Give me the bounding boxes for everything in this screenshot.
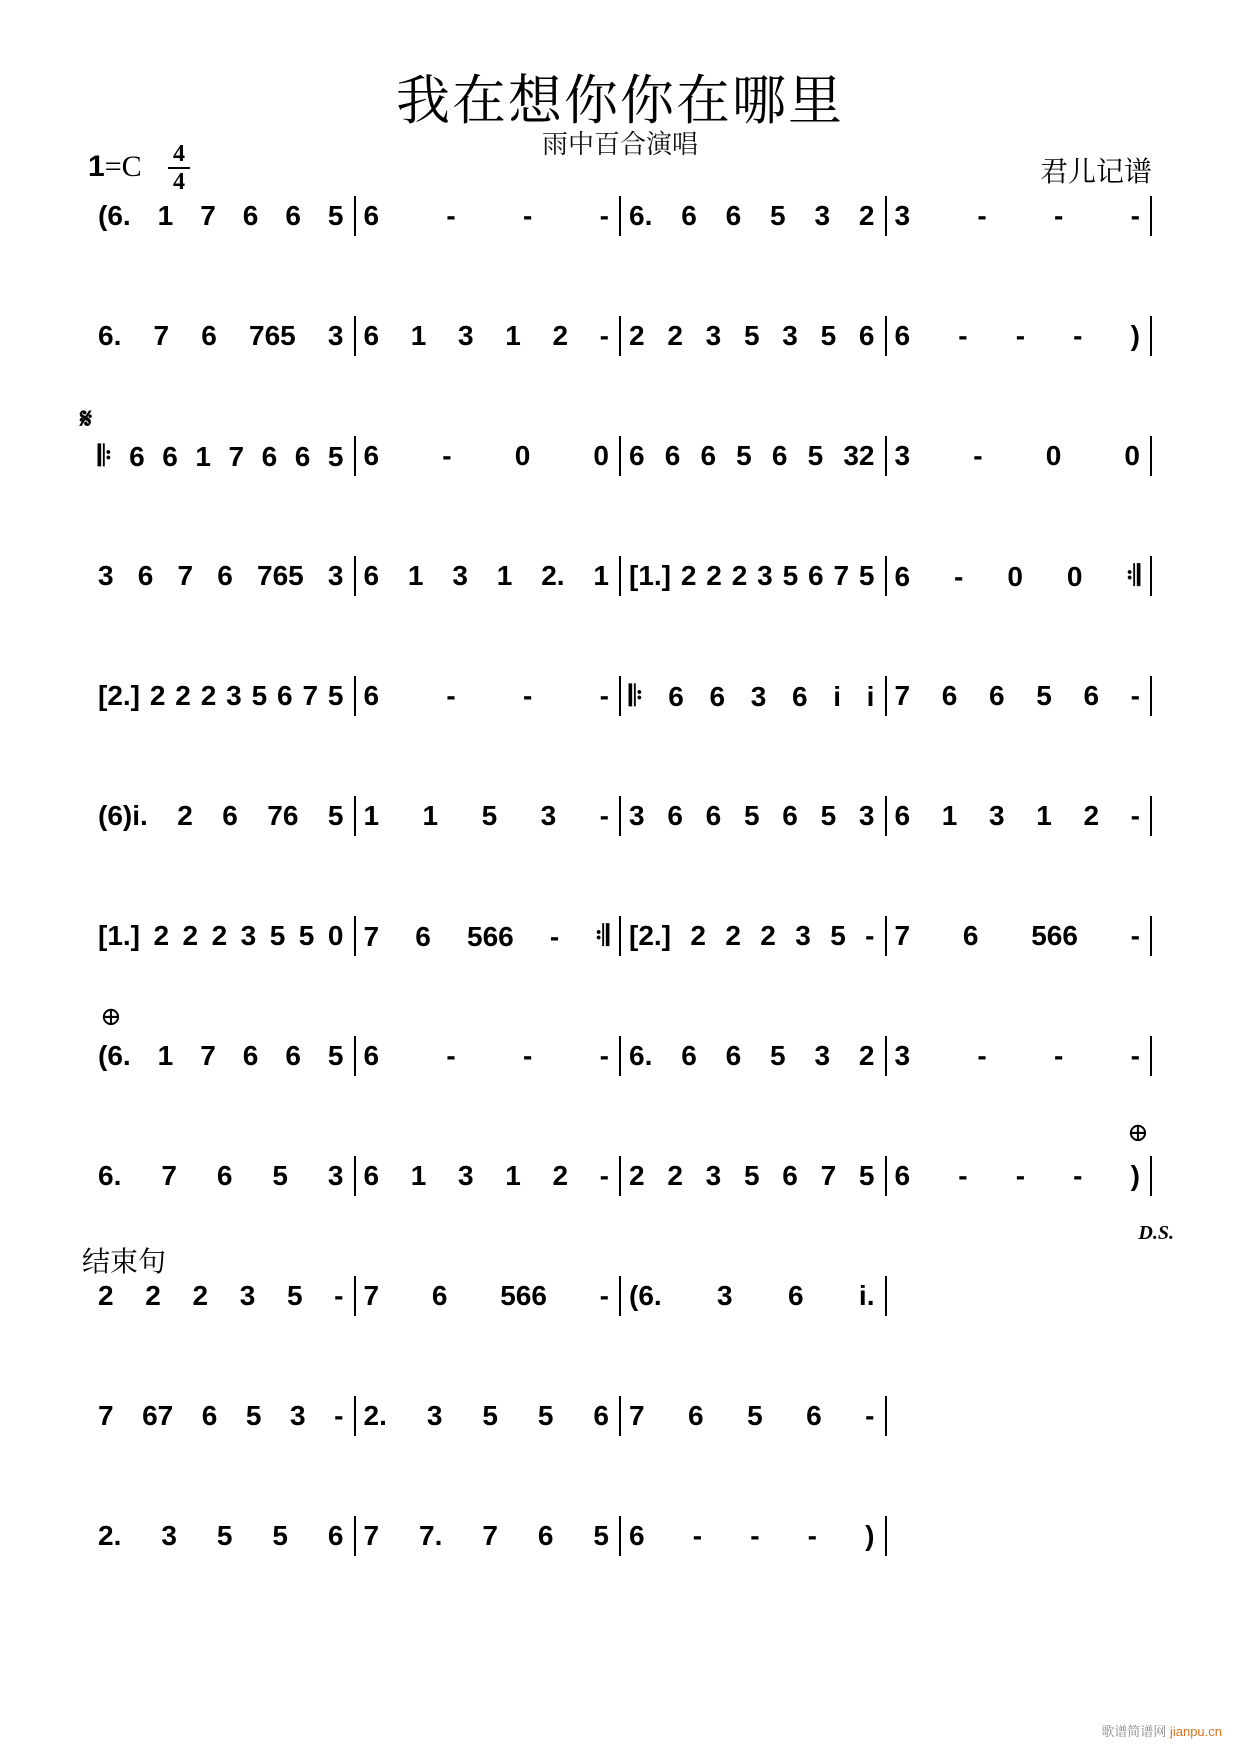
note: 5 <box>1036 680 1052 712</box>
measure: 76656- <box>895 680 1141 712</box>
note: 5 <box>272 1520 288 1552</box>
note: 6 <box>629 1520 645 1552</box>
note: 6 <box>806 1400 822 1432</box>
bar-line <box>354 916 356 956</box>
note: 7 <box>364 1520 380 1552</box>
measure: 6.767653 <box>98 320 344 352</box>
note: 5 <box>783 560 799 592</box>
note: 6 <box>138 560 154 592</box>
bar-line <box>619 196 621 236</box>
note: - <box>523 1040 532 1072</box>
note: 1 <box>195 441 211 473</box>
note: 3 <box>98 560 114 592</box>
score-line: (6.176656---6.665323--- <box>0 192 1240 252</box>
note: - <box>954 561 963 593</box>
measure: [2.]22235- <box>629 920 875 952</box>
note: - <box>865 1400 874 1432</box>
note: - <box>865 920 874 952</box>
measure: [1.]2223550 <box>98 920 344 952</box>
note: 6 <box>285 200 301 232</box>
note: 6 <box>688 1400 704 1432</box>
note: - <box>1054 1040 1063 1072</box>
note: 6 <box>202 1400 218 1432</box>
note: 5 <box>328 680 344 712</box>
note: 2 <box>859 200 875 232</box>
note: 6. <box>629 200 652 232</box>
note: 6 <box>895 1160 911 1192</box>
bar-line <box>885 796 887 836</box>
note: 6 <box>808 560 824 592</box>
note: - <box>446 1040 455 1072</box>
note: 5 <box>217 1520 233 1552</box>
note: 3 <box>989 800 1005 832</box>
note: 3 <box>328 320 344 352</box>
measure: [1.]22235675 <box>629 560 875 592</box>
note: 6 <box>989 680 1005 712</box>
measure: 6.7653 <box>98 1160 344 1192</box>
note: 6. <box>98 320 121 352</box>
note: - <box>808 1520 817 1552</box>
measure: [2.]22235675 <box>98 680 344 712</box>
note: - <box>600 320 609 352</box>
bar-line <box>354 676 356 716</box>
note: [1.] <box>98 920 140 952</box>
note: 3 <box>757 560 773 592</box>
note: - <box>600 1040 609 1072</box>
note: 3 <box>895 440 911 472</box>
note: 3 <box>290 1400 306 1432</box>
note: (6. <box>629 1280 662 1312</box>
note: 0 <box>1046 440 1062 472</box>
note: 7 <box>833 560 849 592</box>
bar-line <box>885 556 887 596</box>
bar-line <box>619 316 621 356</box>
bar-line <box>885 436 887 476</box>
bar-line <box>619 916 621 956</box>
note: 6. <box>629 1040 652 1072</box>
bar-line <box>885 676 887 716</box>
note: 6 <box>201 320 217 352</box>
bar-line <box>354 1156 356 1196</box>
note: 2 <box>212 920 228 952</box>
score-line: 6.76765361312-22353566---) <box>0 312 1240 372</box>
bar-line <box>1150 916 1152 956</box>
note: 3 <box>895 1040 911 1072</box>
coda-icon-end: ⊕ <box>1127 1118 1149 1148</box>
note: 2 <box>552 320 568 352</box>
note: 765 <box>257 560 304 592</box>
note: 1 <box>158 200 174 232</box>
measure: 3665653 <box>629 800 875 832</box>
note: 6 <box>162 441 178 473</box>
note: 6 <box>706 800 722 832</box>
note: 1 <box>505 320 521 352</box>
note: 5 <box>328 441 344 473</box>
note: 76 <box>267 800 298 832</box>
note: 2. <box>541 560 564 592</box>
note: 5 <box>859 1160 875 1192</box>
note: 7 <box>200 1040 216 1072</box>
watermark-site: jianpu.cn <box>1170 1724 1222 1739</box>
key-tonic: 1 <box>88 150 105 183</box>
note: 6 <box>1083 680 1099 712</box>
note: ) <box>865 1520 874 1552</box>
note: 2 <box>1083 800 1099 832</box>
note: 6 <box>364 320 380 352</box>
note: 7 <box>154 320 170 352</box>
note: 7 <box>895 920 911 952</box>
note: 6 <box>942 680 958 712</box>
watermark-text: 歌谱简谱网 <box>1101 1724 1166 1739</box>
note: - <box>693 1520 702 1552</box>
note: 1 <box>497 560 513 592</box>
note: 2 <box>629 1160 645 1192</box>
note: 566 <box>467 921 514 953</box>
measure: 3-00 <box>895 440 1141 472</box>
score-line: 6.765361312-22356756---) <box>0 1152 1240 1212</box>
note: 6 <box>895 320 911 352</box>
note: 7 <box>364 1280 380 1312</box>
time-sig-top: 4 <box>168 142 190 166</box>
note: 𝄆 <box>98 440 112 473</box>
bar-line <box>354 316 356 356</box>
note: 6 <box>217 560 233 592</box>
note: 2 <box>192 1280 208 1312</box>
note: 6 <box>668 681 684 713</box>
note: 2 <box>732 560 748 592</box>
note: 3 <box>458 1160 474 1192</box>
measure: 6--- <box>364 1040 610 1072</box>
bar-line <box>619 1156 621 1196</box>
note: 2. <box>364 1400 387 1432</box>
note: 7 <box>821 1160 837 1192</box>
note: 6 <box>129 441 145 473</box>
note: 566 <box>500 1280 547 1312</box>
note: 3 <box>226 680 242 712</box>
measure: 6---) <box>895 320 1141 352</box>
bar-line <box>619 1396 621 1436</box>
note: 6 <box>895 800 911 832</box>
note: 3 <box>629 800 645 832</box>
bar-line <box>354 1516 356 1556</box>
note: 5 <box>593 1520 609 1552</box>
note: - <box>334 1280 343 1312</box>
measure: 61312- <box>364 320 610 352</box>
note: - <box>600 1160 609 1192</box>
note: 2 <box>177 800 193 832</box>
note: 6 <box>222 800 238 832</box>
bar-line <box>354 196 356 236</box>
note: - <box>446 680 455 712</box>
note: 6 <box>364 1160 380 1192</box>
note: [2.] <box>98 680 140 712</box>
note: 5 <box>830 920 846 952</box>
note: 3 <box>240 1280 256 1312</box>
measure: 7656- <box>629 1400 875 1432</box>
measure: 22235- <box>98 1280 344 1312</box>
note: 3 <box>452 560 468 592</box>
measure: 6---) <box>629 1520 875 1552</box>
key-name: =C <box>105 150 142 183</box>
note: 3 <box>328 1160 344 1192</box>
score-line: [2.]222356756---𝄆6636ii76656- <box>0 672 1240 732</box>
measure: 6-00𝄇 <box>895 560 1141 593</box>
note: 𝄇 <box>595 920 609 953</box>
note: 5 <box>482 800 498 832</box>
note: 5 <box>287 1280 303 1312</box>
note: 2 <box>98 1280 114 1312</box>
note: - <box>1131 680 1140 712</box>
note: 5 <box>770 1040 786 1072</box>
note: 7 <box>895 680 911 712</box>
note: 3 <box>328 560 344 592</box>
note: 5 <box>744 1160 760 1192</box>
bar-line <box>619 1516 621 1556</box>
watermark: 歌谱简谱网 jianpu.cn <box>1101 1721 1222 1740</box>
note: 5 <box>328 200 344 232</box>
bar-line <box>354 556 356 596</box>
note: 5 <box>272 1160 288 1192</box>
measure: 1153- <box>364 800 610 832</box>
note: 2 <box>859 1040 875 1072</box>
note: 6 <box>895 561 911 593</box>
note: 2 <box>153 920 169 952</box>
note: 5 <box>482 1400 498 1432</box>
note: - <box>523 200 532 232</box>
note: 5 <box>747 1400 763 1432</box>
note: ) <box>1131 320 1140 352</box>
note: 3 <box>427 1400 443 1432</box>
bar-line <box>354 796 356 836</box>
note: 6 <box>364 200 380 232</box>
note: 2 <box>150 680 166 712</box>
note: 5 <box>859 560 875 592</box>
note: i <box>867 681 875 713</box>
note: 7 <box>229 441 245 473</box>
note: 5 <box>808 440 824 472</box>
note: 6 <box>667 800 683 832</box>
note: 5 <box>821 800 837 832</box>
note: 3 <box>717 1280 733 1312</box>
note: 3 <box>706 1160 722 1192</box>
note: - <box>973 440 982 472</box>
note: 2 <box>667 320 683 352</box>
note: 6 <box>243 200 259 232</box>
note: 5 <box>538 1400 554 1432</box>
note: 3 <box>706 320 722 352</box>
measure: (6)i.26765 <box>98 800 344 832</box>
note: 1 <box>505 1160 521 1192</box>
note: - <box>977 1040 986 1072</box>
note: - <box>1131 200 1140 232</box>
note: 5 <box>328 1040 344 1072</box>
note: - <box>600 1280 609 1312</box>
bar-line <box>885 1396 887 1436</box>
note: ) <box>1131 1160 1140 1192</box>
bar-line <box>885 1516 887 1556</box>
score-line: 𝄆66176656-00666565323-00 <box>0 432 1240 492</box>
note: 5 <box>328 800 344 832</box>
note: 3 <box>795 920 811 952</box>
bar-line <box>1150 1156 1152 1196</box>
note: 2 <box>667 1160 683 1192</box>
time-signature: 4 4 <box>168 142 190 194</box>
measure: 6--- <box>364 200 610 232</box>
note: 7. <box>419 1520 442 1552</box>
note: (6. <box>98 1040 131 1072</box>
measure: 𝄆6636ii <box>629 680 875 713</box>
measure: 66656532 <box>629 440 875 472</box>
note: 6 <box>593 1400 609 1432</box>
note: - <box>1073 1160 1082 1192</box>
note: i. <box>859 1280 875 1312</box>
bar-line <box>619 1036 621 1076</box>
note: 0 <box>593 440 609 472</box>
note: 6 <box>538 1520 554 1552</box>
measure: 6.66532 <box>629 200 875 232</box>
bar-line <box>619 1276 621 1316</box>
note: 2 <box>725 920 741 952</box>
note: 6 <box>364 1040 380 1072</box>
note: 6 <box>681 1040 697 1072</box>
measure: 6.66532 <box>629 1040 875 1072</box>
bar-line <box>619 556 621 596</box>
note: 6 <box>328 1520 344 1552</box>
note: 6 <box>788 1280 804 1312</box>
note: 1 <box>364 800 380 832</box>
bar-line <box>354 1036 356 1076</box>
score-line: 3676765361312.1[1.]222356756-00𝄇 <box>0 552 1240 612</box>
note: 0 <box>1067 561 1083 593</box>
note: 1 <box>411 1160 427 1192</box>
measure: 36767653 <box>98 560 344 592</box>
measure: 767653- <box>98 1400 344 1432</box>
note: 2 <box>690 920 706 952</box>
note: - <box>977 200 986 232</box>
score-line: 22235-76566-(6.36i. <box>0 1272 1240 1332</box>
note: 0 <box>328 920 344 952</box>
measure: 61312- <box>895 800 1141 832</box>
note: 7 <box>364 921 380 953</box>
note: [1.] <box>629 560 671 592</box>
note: 6 <box>963 920 979 952</box>
note: 6 <box>665 440 681 472</box>
bar-line <box>1150 676 1152 716</box>
note: 1 <box>158 1040 174 1072</box>
note: 566 <box>1031 920 1078 952</box>
note: 1 <box>411 320 427 352</box>
measure: 3--- <box>895 1040 1141 1072</box>
note: 6 <box>726 200 742 232</box>
note: 5 <box>744 320 760 352</box>
note: - <box>334 1400 343 1432</box>
key-signature: 1=C <box>88 150 142 184</box>
note: - <box>523 680 532 712</box>
bar-line <box>885 1156 887 1196</box>
note: 6 <box>364 680 380 712</box>
note: 7 <box>200 200 216 232</box>
note: 0 <box>1124 440 1140 472</box>
note: 5 <box>736 440 752 472</box>
note: - <box>446 200 455 232</box>
score-line: (6)i.267651153-366565361312- <box>0 792 1240 852</box>
note: 6 <box>681 200 697 232</box>
bar-line <box>619 796 621 836</box>
note: 1 <box>942 800 958 832</box>
bar-line <box>354 1396 356 1436</box>
note: 1 <box>593 560 609 592</box>
bar-line <box>885 916 887 956</box>
note: 2 <box>183 920 199 952</box>
coda-icon: ⊕ <box>100 1002 122 1032</box>
bar-line <box>354 1276 356 1316</box>
note: 6 <box>243 1040 259 1072</box>
note: 7 <box>178 560 194 592</box>
note: 6 <box>782 1160 798 1192</box>
note: 6 <box>710 681 726 713</box>
note: 6 <box>792 681 808 713</box>
note: 7 <box>98 1400 114 1432</box>
note: 5 <box>246 1400 262 1432</box>
note: - <box>442 440 451 472</box>
bar-line <box>885 316 887 356</box>
note: 765 <box>249 320 296 352</box>
note: - <box>1073 320 1082 352</box>
bar-line <box>1150 196 1152 236</box>
score-line: 767653-2.35567656- <box>0 1392 1240 1452</box>
bar-line <box>1150 1036 1152 1076</box>
note: 5 <box>299 920 315 952</box>
note: - <box>1054 200 1063 232</box>
measure: 2235356 <box>629 320 875 352</box>
note: 3 <box>859 800 875 832</box>
bar-line <box>885 1276 887 1316</box>
measure: 76566-𝄇 <box>364 920 610 953</box>
note: - <box>750 1520 759 1552</box>
note: 6 <box>364 560 380 592</box>
note: 2 <box>706 560 722 592</box>
note: 3 <box>458 320 474 352</box>
note: 6 <box>859 320 875 352</box>
note: - <box>1131 800 1140 832</box>
score-line: [1.]222355076566-𝄇[2.]22235-76566- <box>0 912 1240 972</box>
note: 6 <box>629 440 645 472</box>
measure: 3--- <box>895 200 1141 232</box>
bar-line <box>354 436 356 476</box>
note: 3 <box>751 681 767 713</box>
bar-line <box>885 196 887 236</box>
measure: 6-00 <box>364 440 610 472</box>
note: 2. <box>98 1520 121 1552</box>
note: 6 <box>277 680 293 712</box>
note: 2 <box>145 1280 161 1312</box>
measure: 2.3556 <box>98 1520 344 1552</box>
note: 5 <box>770 200 786 232</box>
note: 6. <box>98 1160 121 1192</box>
note: 3 <box>241 920 257 952</box>
measure: 77.765 <box>364 1520 610 1552</box>
note: 32 <box>843 440 874 472</box>
measure: (6.17665 <box>98 200 344 232</box>
note: 6 <box>262 441 278 473</box>
transcriber-credit: 君儿记谱 <box>1040 150 1152 190</box>
note: - <box>958 320 967 352</box>
note: - <box>600 680 609 712</box>
measure: 6---) <box>895 1160 1141 1192</box>
note: - <box>600 800 609 832</box>
note: 7 <box>302 680 318 712</box>
note: 6 <box>432 1280 448 1312</box>
